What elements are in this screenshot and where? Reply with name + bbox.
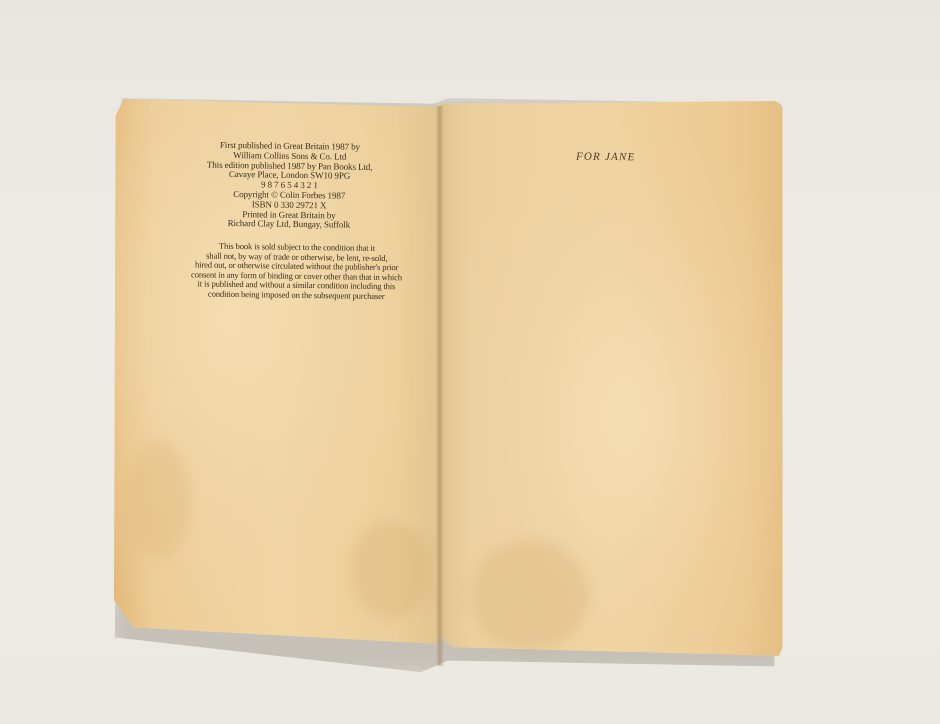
photo-scene: First published in Great Britain 1987 by… [0,0,940,724]
book-spine-gutter [436,106,444,666]
dedication-text: FOR JANE [576,151,635,164]
page-stain [350,520,430,620]
page-stain [130,440,190,560]
copyright-block: First published in Great Britain 1987 by… [159,140,420,232]
page-stain [470,540,590,650]
sale-condition-notice: This book is sold subject to the conditi… [165,241,428,302]
